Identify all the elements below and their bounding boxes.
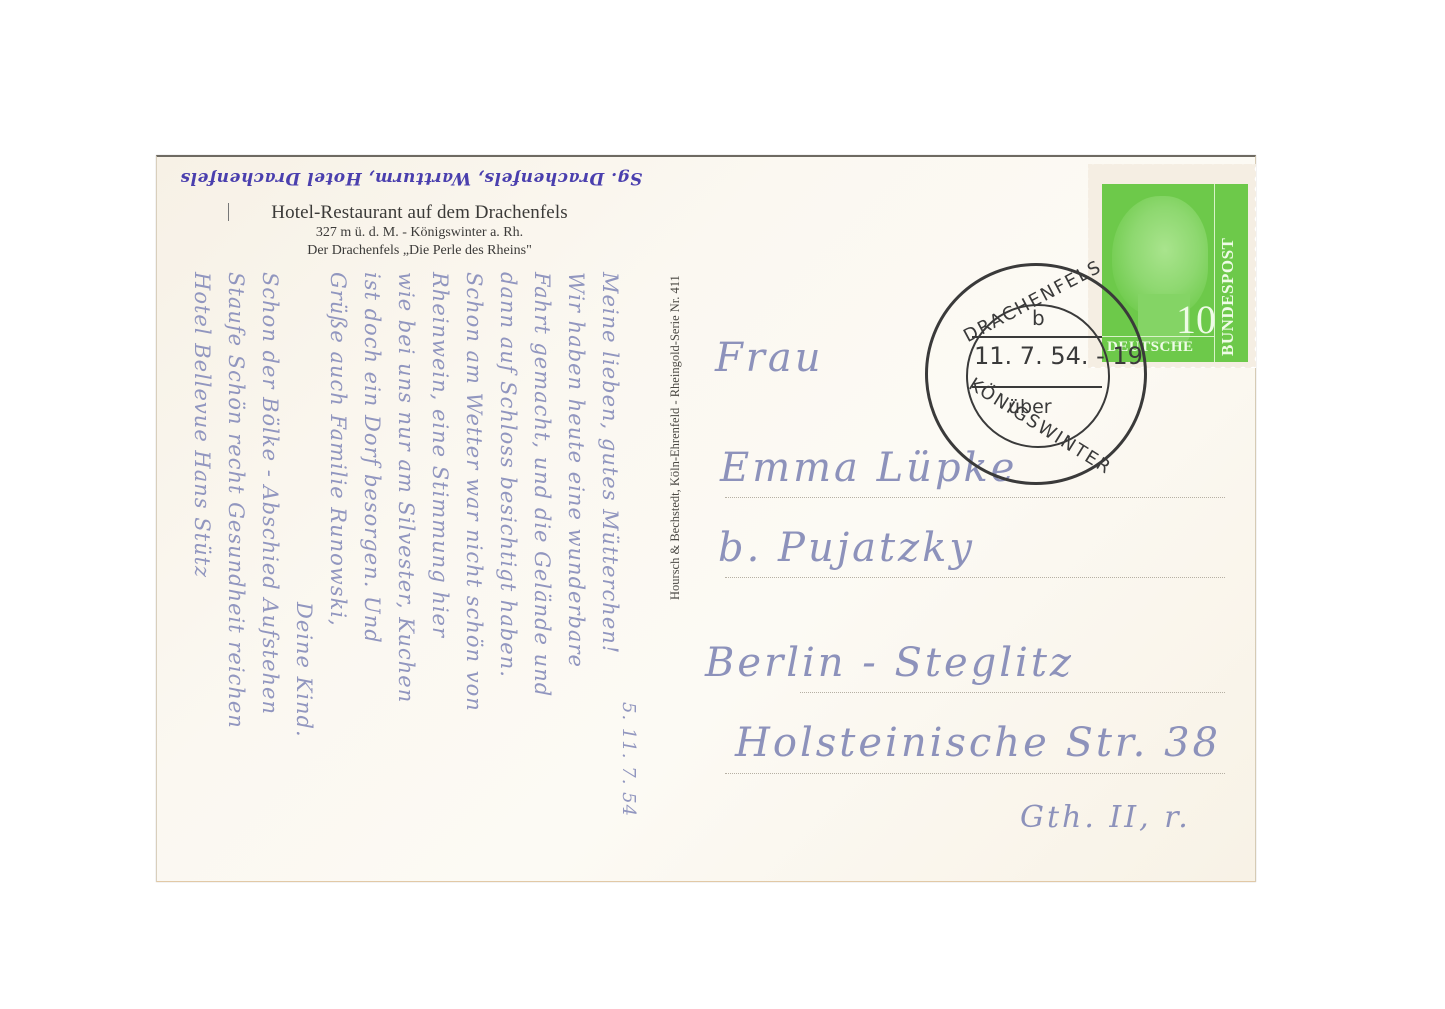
- message-line: Grüße auch Familie Runowski,: [326, 272, 350, 627]
- message-line: Staufe Schön recht Gesundheit reichen: [224, 272, 248, 729]
- publisher-line: Hoursch & Bechstedt, Köln-Ehrenfeld - Rh…: [668, 275, 683, 600]
- message-date: 5. 11. 7. 54: [618, 702, 639, 817]
- hotel-slogan: Der Drachenfels „Die Perle des Rheins": [232, 243, 607, 259]
- message-line: Hotel Bellevue Hans Stütz: [190, 272, 214, 578]
- address-line-2: [725, 577, 1225, 578]
- postmark: DRACHENFELS b 11. 7. 54. - 19 über KÖNIG…: [925, 263, 1147, 485]
- address-care-of: b. Pujatzky: [718, 525, 975, 571]
- address-line-4: [725, 773, 1225, 774]
- message-line: Rheinwein, eine Stimmung hier: [428, 272, 452, 638]
- message-line: Meine lieben, gutes Mütterchen!: [598, 272, 622, 654]
- handwritten-message: Meine lieben, gutes Mütterchen!Wir haben…: [178, 272, 648, 872]
- message-line: ist doch ein Dorf besorgen. Und: [360, 272, 384, 644]
- message-line: Fahrt gemacht, und die Gelände und: [530, 272, 554, 697]
- address-salutation: Frau: [715, 335, 823, 381]
- message-line: Schon der Bölke - Abschied Aufstehen: [258, 272, 282, 715]
- hotel-location: 327 m ü. d. M. - Königswinter a. Rh.: [232, 225, 607, 241]
- header-bracket: [228, 203, 231, 221]
- address-line-3: [800, 692, 1225, 693]
- top-handwritten-note: Sg. Drachenfels, Wartturm, Hotel Drachen…: [180, 168, 642, 188]
- postmark-letter: b: [1032, 306, 1045, 330]
- postmark-date: 11. 7. 54. - 19: [974, 342, 1143, 370]
- stamp-value: 10: [1176, 296, 1216, 343]
- message-line: dann auf Schloss besichtigt haben.: [496, 272, 520, 678]
- address-extra: Gth. II, r.: [1020, 800, 1191, 835]
- stamp-bundespost: BUNDESPOST: [1218, 238, 1238, 356]
- message-line: Wir haben heute eine wunderbare: [564, 272, 588, 668]
- message-line: wie bei uns nur am Silvester, Kuchen: [394, 272, 418, 703]
- message-line: Deine Kind.: [292, 602, 316, 738]
- message-line: Schon am Wetter war nicht schön von: [462, 272, 486, 712]
- address-city: Berlin - Steglitz: [705, 640, 1074, 686]
- address-street: Holsteinische Str. 38: [735, 720, 1221, 766]
- address-line-1: [725, 497, 1225, 498]
- hotel-title: Hotel-Restaurant auf dem Drachenfels: [232, 202, 607, 224]
- postmark-bar-top: [972, 336, 1102, 338]
